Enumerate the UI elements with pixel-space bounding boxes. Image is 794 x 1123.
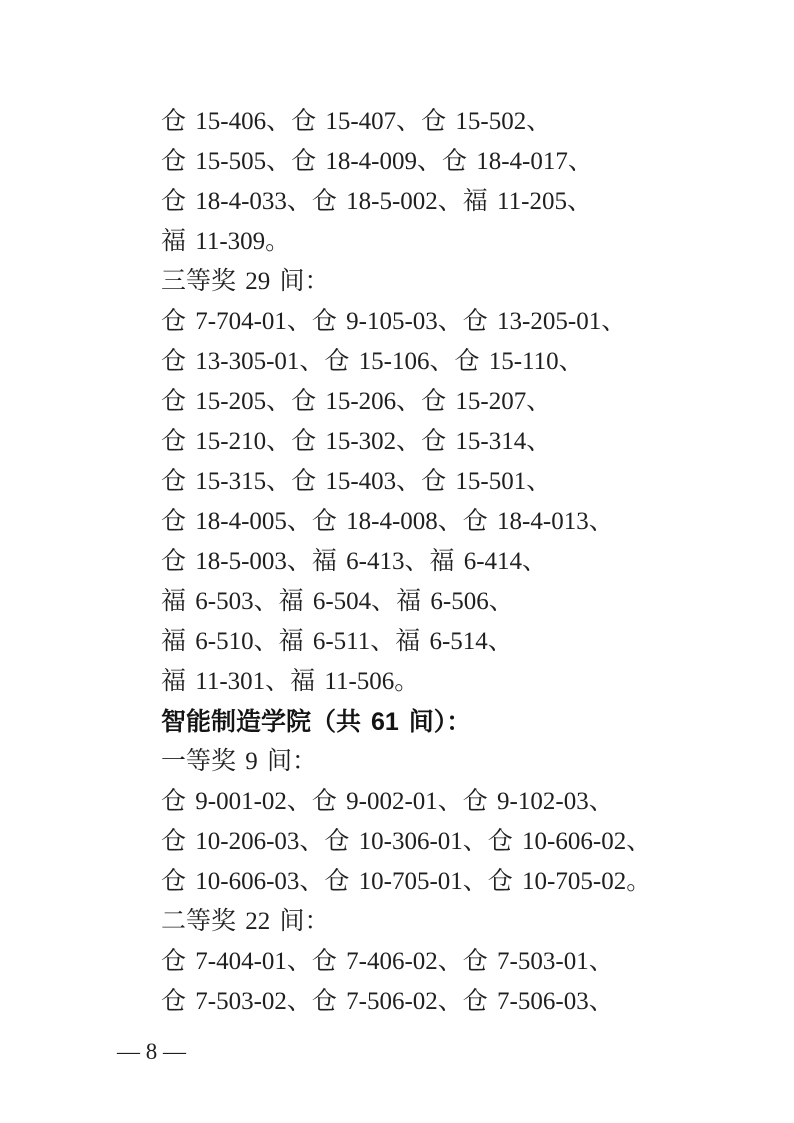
document-page: 仓 15-406、仓 15-407、仓 15-502、仓 15-505、仓 18… [0,0,794,1123]
text-line: 仓 15-315、仓 15-403、仓 15-501、 [161,462,651,502]
text-line: 仓 13-305-01、仓 15-106、仓 15-110、 [161,342,651,382]
text-line: 福 6-510、福 6-511、福 6-514、 [161,622,651,662]
text-line: 仓 15-210、仓 15-302、仓 15-314、 [161,422,651,462]
text-line: 二等奖 22 间： [161,902,651,942]
text-line: 福 6-503、福 6-504、福 6-506、 [161,582,651,622]
text-line: 仓 15-205、仓 15-206、仓 15-207、 [161,382,651,422]
text-line: 三等奖 29 间： [161,262,651,302]
text-line: 仓 18-4-005、仓 18-4-008、仓 18-4-013、 [161,502,651,542]
text-line: 一等奖 9 间： [161,742,651,782]
text-line: 仓 18-5-003、福 6-413、福 6-414、 [161,542,651,582]
text-line: 仓 7-704-01、仓 9-105-03、仓 13-205-01、 [161,302,651,342]
document-body: 仓 15-406、仓 15-407、仓 15-502、仓 15-505、仓 18… [161,102,651,1022]
text-line: 仓 7-503-02、仓 7-506-02、仓 7-506-03、 [161,982,651,1022]
text-line: 仓 15-406、仓 15-407、仓 15-502、 [161,102,651,142]
text-line: 仓 18-4-033、仓 18-5-002、福 11-205、 [161,182,651,222]
section-heading: 智能制造学院（共 61 间）： [161,702,651,742]
text-line: 仓 9-001-02、仓 9-002-01、仓 9-102-03、 [161,782,651,822]
page-number: — 8 — [117,1035,186,1069]
text-line: 福 11-309。 [161,222,651,262]
text-line: 仓 7-404-01、仓 7-406-02、仓 7-503-01、 [161,942,651,982]
text-line: 福 11-301、福 11-506。 [161,662,651,702]
text-line: 仓 10-206-03、仓 10-306-01、仓 10-606-02、 [161,822,651,862]
text-line: 仓 10-606-03、仓 10-705-01、仓 10-705-02。 [161,862,651,902]
text-line: 仓 15-505、仓 18-4-009、仓 18-4-017、 [161,142,651,182]
